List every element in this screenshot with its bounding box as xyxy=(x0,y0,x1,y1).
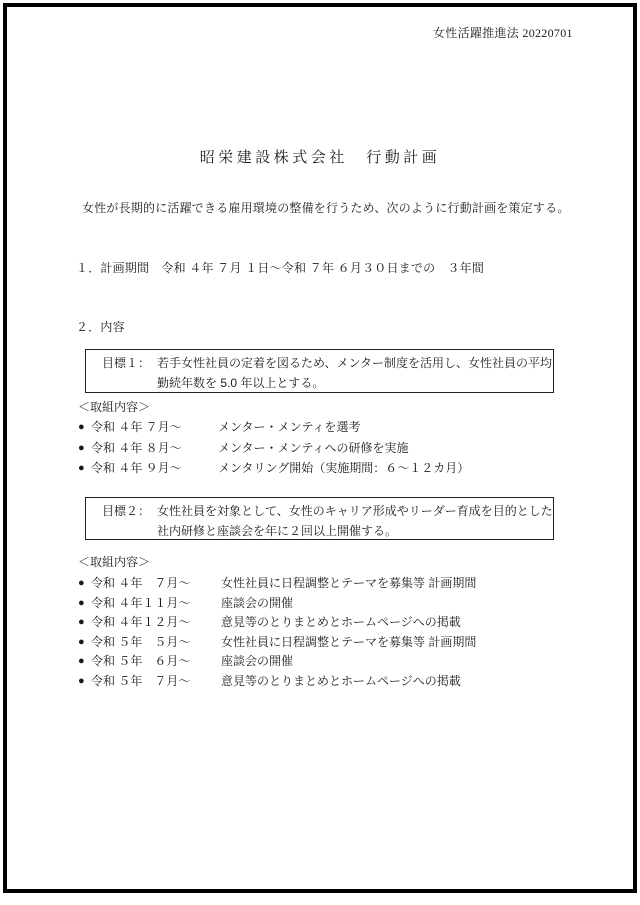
item-desc: メンター・メンティへの研修を実施 xyxy=(218,438,409,459)
item-date: 令和 ４年 ８月～ xyxy=(91,438,218,459)
item-desc: メンタリング開始（実施期間：６～１２カ月） xyxy=(218,458,469,479)
goal1-box: 目標１： 若手女性社員の定着を図るため、メンター制度を活用し、女性社員の平均 勤… xyxy=(85,349,554,393)
bullet-icon: ● xyxy=(78,458,91,479)
initiatives2-list: ● 令和 ４年 ７月～ 女性社員に日程調整とテーマを募集等 計画期間 ● 令和 … xyxy=(78,574,476,691)
section-plan-period: １．計画期間 令和 ４年 ７月 １日～令和 ７年 ６月３０日までの ３年間 xyxy=(76,261,484,276)
item-date: 令和 ４年１２月～ xyxy=(91,613,221,633)
goal2-line2: 社内研修と座談会を年に２回以上開催する。 xyxy=(157,522,553,542)
list-item: ● 令和 ４年１２月～ 意見等のとりまとめとホームページへの掲載 xyxy=(78,613,476,633)
item-date: 令和 ４年 ９月～ xyxy=(91,458,218,479)
list-item: ● 令和 ４年 ７月～ メンター・メンティを選考 xyxy=(78,417,469,438)
bullet-icon: ● xyxy=(78,633,91,653)
doc-reference: 女性活躍推進法 20220701 xyxy=(433,26,573,40)
list-item: ● 令和 ５年 ５月～ 女性社員に日程調整とテーマを募集等 計画期間 xyxy=(78,633,476,653)
list-item: ● 令和 ５年 ７月～ 意見等のとりまとめとホームページへの掲載 xyxy=(78,672,476,692)
list-item: ● 令和 ４年 ９月～ メンタリング開始（実施期間：６～１２カ月） xyxy=(78,458,469,479)
page-title: 昭栄建設株式会社 行動計画 xyxy=(0,148,640,168)
list-item: ● 令和 ５年 ６月～ 座談会の開催 xyxy=(78,652,476,672)
item-desc: 女性社員に日程調整とテーマを募集等 計画期間 xyxy=(221,574,476,594)
section-content-heading: ２．内容 xyxy=(76,320,125,335)
bullet-icon: ● xyxy=(78,417,91,438)
goal2-label: 目標２： xyxy=(102,502,150,522)
list-item: ● 令和 ４年 ７月～ 女性社員に日程調整とテーマを募集等 計画期間 xyxy=(78,574,476,594)
item-desc: 座談会の開催 xyxy=(221,652,293,672)
item-desc: 女性社員に日程調整とテーマを募集等 計画期間 xyxy=(221,633,476,653)
item-date: 令和 ４年 ７月～ xyxy=(91,574,221,594)
item-date: 令和 ５年 ７月～ xyxy=(91,672,221,692)
bullet-icon: ● xyxy=(78,438,91,459)
list-item: ● 令和 ４年１１月～ 座談会の開催 xyxy=(78,594,476,614)
bullet-icon: ● xyxy=(78,574,91,594)
item-desc: 座談会の開催 xyxy=(221,594,293,614)
list-item: ● 令和 ４年 ８月～ メンター・メンティへの研修を実施 xyxy=(78,438,469,459)
initiatives2-header: ＜取組内容＞ xyxy=(78,555,150,570)
goal2-text: 女性社員を対象として、女性のキャリア形成やリーダー育成を目的とした 社内研修と座… xyxy=(157,502,553,541)
bullet-icon: ● xyxy=(78,652,91,672)
item-date: 令和 ５年 ５月～ xyxy=(91,633,221,653)
goal1-line1: 若手女性社員の定着を図るため、メンター制度を活用し、女性社員の平均 xyxy=(157,354,552,374)
item-desc: 意見等のとりまとめとホームページへの掲載 xyxy=(221,672,461,692)
bullet-icon: ● xyxy=(78,672,91,692)
item-desc: 意見等のとりまとめとホームページへの掲載 xyxy=(221,613,461,633)
goal2-box: 目標２： 女性社員を対象として、女性のキャリア形成やリーダー育成を目的とした 社… xyxy=(85,497,554,540)
item-desc: メンター・メンティを選考 xyxy=(218,417,361,438)
goal1-text: 若手女性社員の定着を図るため、メンター制度を活用し、女性社員の平均 勤続年数を … xyxy=(157,354,552,393)
initiatives1-header: ＜取組内容＞ xyxy=(78,400,150,415)
item-date: 令和 ４年 ７月～ xyxy=(91,417,218,438)
goal1-line2: 勤続年数を 5.0 年以上とする。 xyxy=(157,374,552,394)
initiatives1-list: ● 令和 ４年 ７月～ メンター・メンティを選考 ● 令和 ４年 ８月～ メンタ… xyxy=(78,417,469,479)
item-date: 令和 ４年１１月～ xyxy=(91,594,221,614)
goal2-line1: 女性社員を対象として、女性のキャリア形成やリーダー育成を目的とした xyxy=(157,502,553,522)
item-date: 令和 ５年 ６月～ xyxy=(91,652,221,672)
goal1-label: 目標１： xyxy=(102,354,150,374)
bullet-icon: ● xyxy=(78,613,91,633)
bullet-icon: ● xyxy=(78,594,91,614)
intro-paragraph: 女性が長期的に活躍できる雇用環境の整備を行うため、次のように行動計画を策定する。 xyxy=(82,201,570,216)
